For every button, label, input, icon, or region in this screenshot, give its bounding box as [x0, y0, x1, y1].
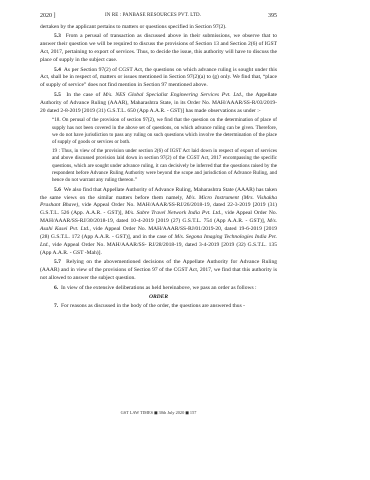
- paragraph-continuation: dertaken by the applicant pertains to ma…: [40, 24, 277, 32]
- case-name: M/s. Sabre Travel Network India Pvt. Ltd…: [125, 210, 222, 216]
- paragraph-number: 5.5: [54, 92, 61, 98]
- paragraph-text: In the case of: [66, 92, 103, 98]
- paragraph-5-6: 5.6 We also find that Appellate Authorit…: [40, 187, 277, 258]
- quote-paragraph-19: 19 : Thus, in view of the provision unde…: [52, 148, 277, 184]
- running-header: 2020 ] IN RE : PANBASE RESOURCES PVT. LT…: [40, 13, 277, 23]
- paragraph-5-4: 5.4 As per Section 97(2) of CGST Act, th…: [40, 67, 277, 91]
- paragraph-5-7: 5.7 Relying on the abovementioned decisi…: [40, 259, 277, 283]
- header-title: IN RE : PANBASE RESOURCES PVT. LTD.: [105, 13, 201, 18]
- block-quote: “18. On perusal of the provision of sect…: [52, 117, 277, 184]
- case-name: M/s. NES Global Specialist Engineering S…: [103, 92, 242, 98]
- paragraph-5-5: 5.5 In the case of M/s. NES Global Speci…: [40, 92, 277, 116]
- paragraph-text: For reasons as discussed in the body of …: [61, 303, 245, 309]
- paragraph-text: As per Section 97(2) of CGST Act, the qu…: [40, 67, 277, 89]
- paragraph-number: 7.: [54, 303, 58, 309]
- paragraph-text: From a perusal of transaction as discuss…: [40, 33, 277, 63]
- header-year: 2020 ]: [40, 13, 56, 19]
- header-page-number: 395: [268, 13, 277, 19]
- paragraph-5-3: 5.3 From a perusal of transaction as dis…: [40, 33, 277, 65]
- paragraph-number: 5.6: [54, 187, 61, 193]
- paragraph-7: 7. For reasons as discussed in the body …: [40, 303, 277, 311]
- paragraph-number: 5.3: [54, 33, 61, 39]
- paragraph-text: In view of the extensive deliberations a…: [61, 285, 257, 291]
- running-footer: GST LAW TIMES ◼ 30th July 2020 ◼ 157: [40, 410, 277, 416]
- paragraph-text: Relying on the abovementioned decisions …: [40, 259, 277, 281]
- paragraph-text: , vide Appeal Order No. MAH/AAAR/SS- RJ/…: [40, 242, 277, 256]
- paragraph-number: 6.: [54, 285, 58, 291]
- paragraph-6: 6. In view of the extensive deliberation…: [40, 285, 277, 293]
- paragraph-number: 5.4: [54, 67, 61, 73]
- order-heading: ORDER: [40, 294, 277, 302]
- document-body: dertaken by the applicant pertains to ma…: [40, 24, 277, 312]
- paragraph-number: 5.7: [54, 259, 61, 265]
- quote-paragraph-18: “18. On perusal of the provision of sect…: [52, 117, 277, 146]
